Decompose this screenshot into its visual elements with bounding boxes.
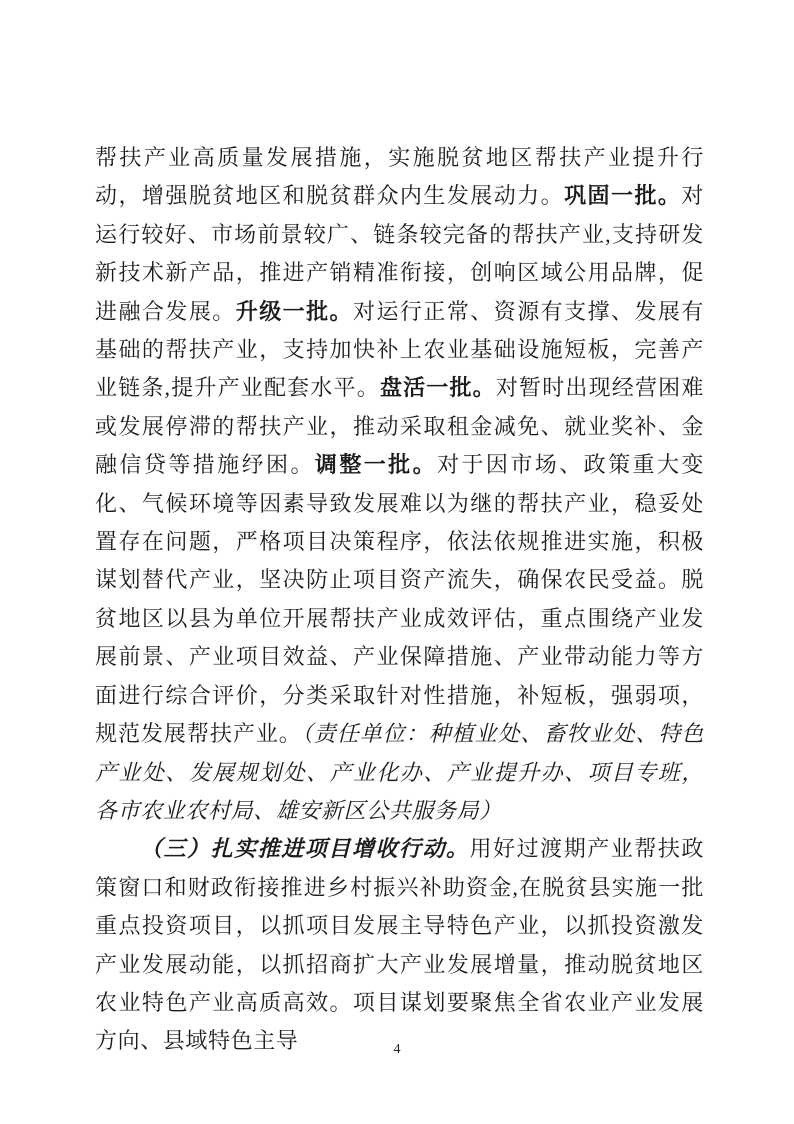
text-run-bold: 升级一批。 bbox=[236, 299, 353, 324]
paragraph: 帮扶产业高质量发展措施，实施脱贫地区帮扶产业提升行动，增强脱贫地区和脱贫群众内生… bbox=[95, 139, 704, 830]
text-run-bold: 调整一批。 bbox=[315, 452, 437, 477]
text-run-bold: 巩固一批。 bbox=[564, 183, 681, 208]
text-run-bold: 盘活一批。 bbox=[380, 375, 496, 400]
page-number: 4 bbox=[0, 1041, 794, 1059]
paragraph: （三）扎实推进项目增收行动。用好过渡期产业帮扶政策窗口和财政衔接推进乡村振兴补助… bbox=[95, 830, 704, 1060]
document-page: 帮扶产业高质量发展措施，实施脱贫地区帮扶产业提升行动，增强脱贫地区和脱贫群众内生… bbox=[0, 0, 794, 1124]
text-run-kai-bold: （三）扎实推进项目增收行动。 bbox=[140, 836, 470, 861]
text-run-normal: 用好过渡期产业帮扶政策窗口和财政衔接推进乡村振兴补助资金,在脱贫县实施一批重点投… bbox=[95, 836, 704, 1053]
text-run-normal: 对于因市场、政策重大变化、气候环境等因素导致发展难以为继的帮扶产业，稳妥处置存在… bbox=[95, 452, 704, 746]
document-body: 帮扶产业高质量发展措施，实施脱贫地区帮扶产业提升行动，增强脱贫地区和脱贫群众内生… bbox=[95, 139, 704, 1061]
